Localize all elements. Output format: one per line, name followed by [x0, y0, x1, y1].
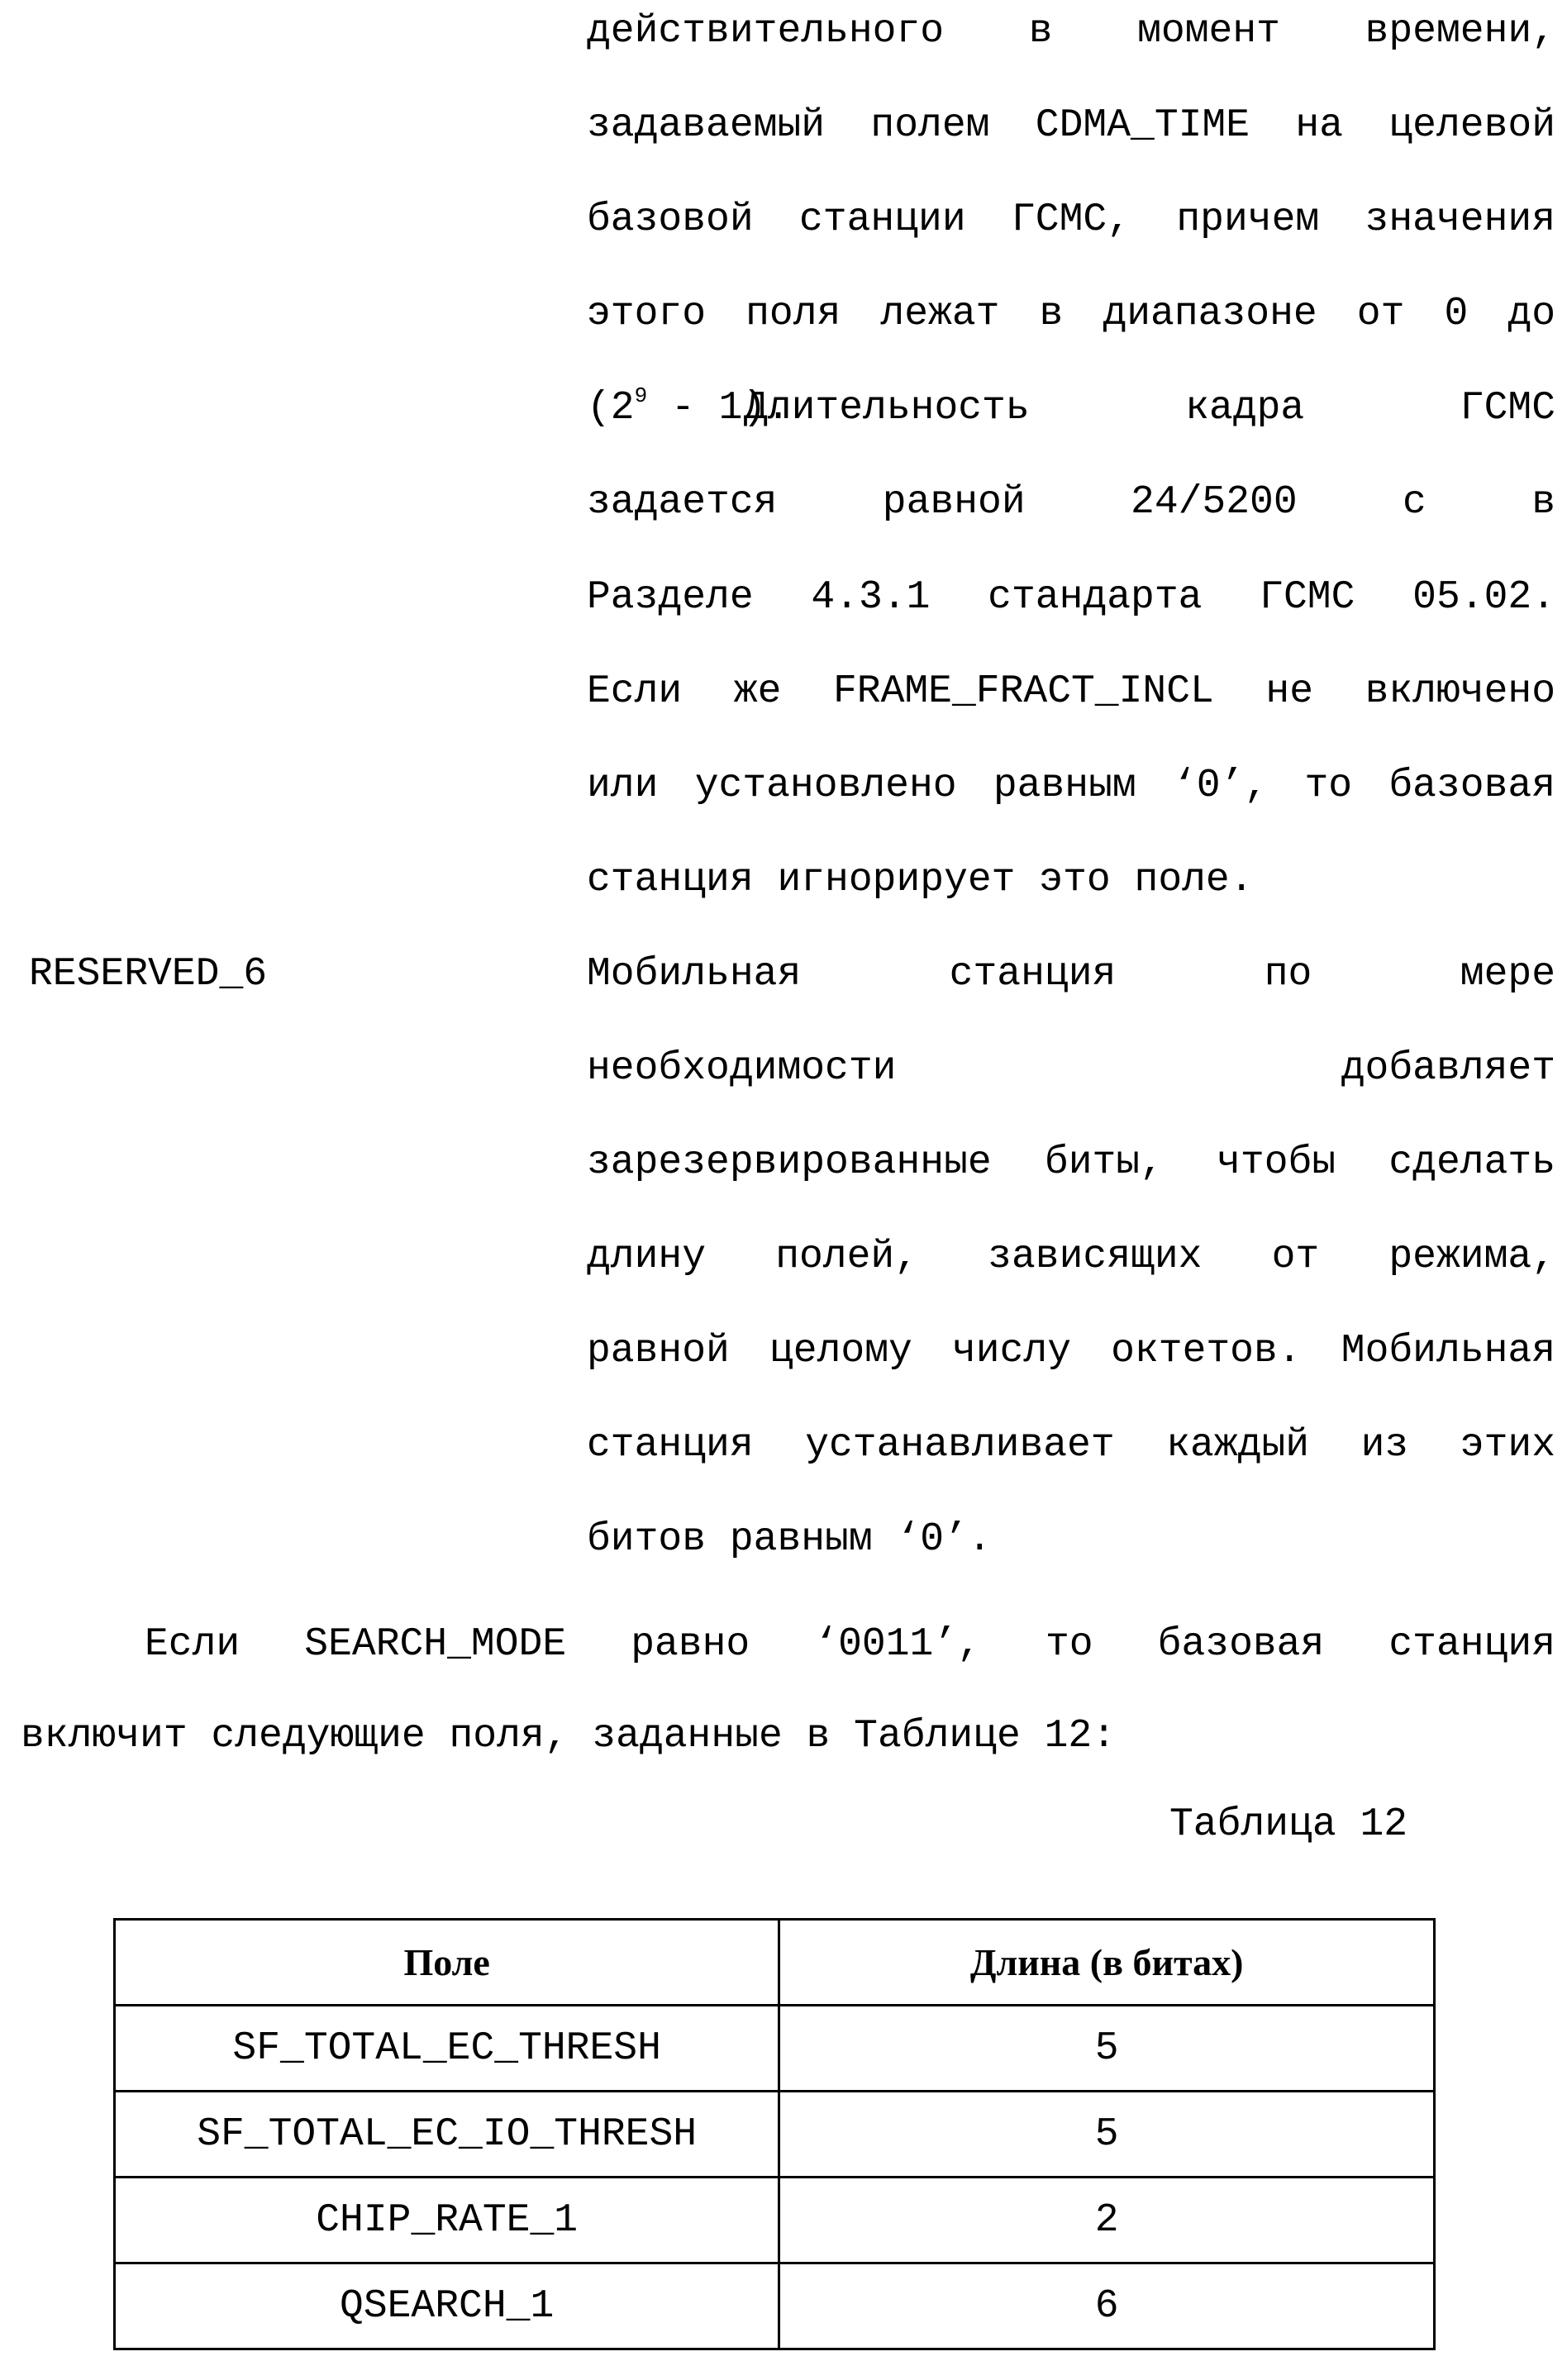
description-line: этого поля лежат в диапазоне от 0 до	[587, 289, 1555, 339]
description-line-power: (29 - 1). Длительность кадра ГСМС	[587, 383, 1555, 433]
cell-length: 2	[779, 2178, 1435, 2263]
description-line: задаваемый полем CDMA_TIME на целевой	[587, 101, 1555, 150]
paragraph-line: Если SEARCH_MODE равно ‘0011’, то базова…	[145, 1620, 1555, 1669]
table-row: SF_TOTAL_EC_THRESH 5	[115, 2006, 1435, 2092]
paragraph-line: включит следующие поля, заданные в Табли…	[21, 1711, 1116, 1761]
reserved-description-line: равной целому числу октетов. Мобильная	[587, 1326, 1555, 1376]
table-caption: Таблица 12	[1169, 1800, 1407, 1849]
table-header-row: Поле Длина (в битах)	[115, 1920, 1435, 2006]
table-row: CHIP_RATE_1 2	[115, 2178, 1435, 2263]
table-row: SF_TOTAL_EC_IO_THRESH 5	[115, 2092, 1435, 2178]
cell-field: SF_TOTAL_EC_IO_THRESH	[115, 2092, 779, 2178]
cell-length: 5	[779, 2006, 1435, 2092]
cell-length: 6	[779, 2263, 1435, 2349]
reserved-description-line: длину полей, зависящих от режима,	[587, 1232, 1555, 1282]
reserved-description-line: необходимости добавляет	[587, 1044, 1555, 1093]
cell-length: 5	[779, 2092, 1435, 2178]
power-open: (2	[587, 386, 635, 431]
description-line: задается равной 24/5200 с в	[587, 478, 1555, 527]
field-name-reserved-6: RESERVED_6	[29, 950, 267, 999]
reserved-description-line: зарезервированные биты, чтобы сделать	[587, 1138, 1555, 1188]
description-line: или установлено равным ‘0’, то базовая	[587, 761, 1555, 811]
cell-field: CHIP_RATE_1	[115, 2178, 779, 2263]
reserved-description-line: станция устанавливает каждый из этих	[587, 1421, 1555, 1470]
description-line: действительного в момент времени,	[587, 7, 1555, 56]
reserved-description-line: Мобильная станция по мере	[587, 950, 1555, 999]
description-line: базовой станции ГСМС, причем значения	[587, 195, 1555, 245]
header-field: Поле	[115, 1920, 779, 2006]
header-length: Длина (в битах)	[779, 1920, 1435, 2006]
cell-field: QSEARCH_1	[115, 2263, 779, 2349]
reserved-description-line: битов равным ‘0’.	[587, 1515, 1555, 1564]
description-line: станция игнорирует это поле.	[587, 855, 1555, 905]
description-line: Если же FRAME_FRACT_INCL не включено	[587, 667, 1555, 716]
table-12: Поле Длина (в битах) SF_TOTAL_EC_THRESH …	[113, 1918, 1436, 2350]
cell-field: SF_TOTAL_EC_THRESH	[115, 2006, 779, 2092]
description-line: Разделе 4.3.1 стандарта ГСМС 05.02.	[587, 573, 1555, 622]
power-line-remainder: Длительность кадра ГСМС	[744, 383, 1555, 433]
power-exponent: 9	[635, 383, 648, 408]
table-row: QSEARCH_1 6	[115, 2263, 1435, 2349]
